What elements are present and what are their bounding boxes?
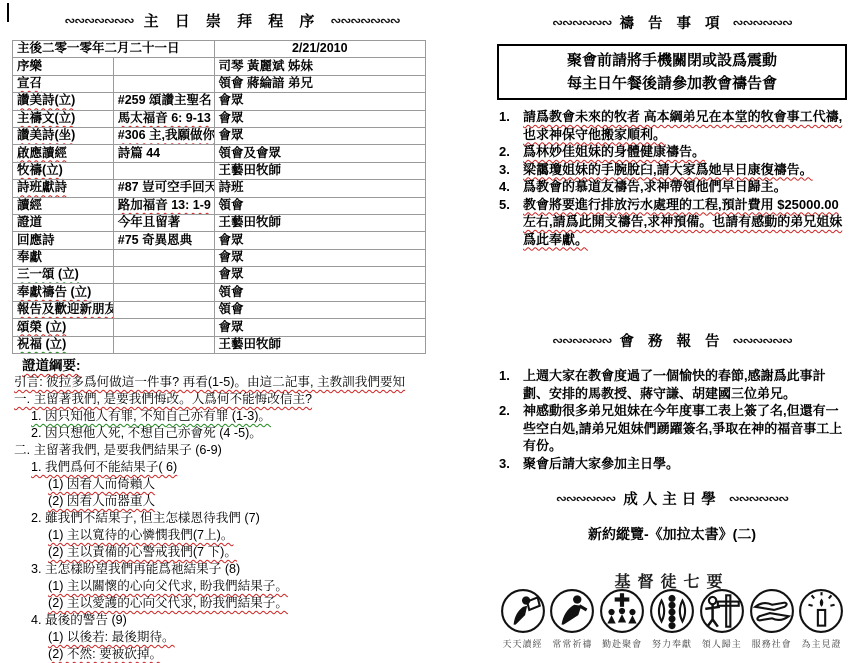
table-row: 頌榮 (立) 會眾 <box>13 319 426 336</box>
sermon-outline-line: 1. 我們爲何不能結果子( 6) <box>14 459 469 476</box>
table-row: 讚美詩(立) #259 頌讚主聖名 會眾 <box>13 93 426 110</box>
report-list-item: 1. 上週大家在教會度過了一個愉快的春節,感謝爲此事計劃、安排的馬教授、蔣守謙、… <box>499 367 847 402</box>
order-item-label: 讀經 <box>17 198 42 212</box>
witness-candle-icon <box>798 588 844 634</box>
order-item-label: 讚美詩(立) <box>17 93 75 107</box>
sermon-outline-line: 一. 主留著我們, 是要我們悔改。人爲何不能悔改信主? <box>14 391 469 408</box>
seven-essential-item: 常常祈禱 <box>549 588 596 650</box>
prayer-list-item: 4. 爲教會的慕道友禱告,求神帶領他們早日歸主。 <box>499 178 847 196</box>
worship-order-section: ∾∾∾∾∾∾∾ 主 日 崇 拜 程 序 ∾∾∾∾∾∾∾ 主後二零一零年二月二十一… <box>12 8 452 354</box>
order-content-cell <box>113 336 214 353</box>
order-item-label: 報告及歡迎新朋友 <box>17 302 113 316</box>
prayer-list-item: 3. 梁靄瓊姐妹的手腕脫臼,請大家爲她早日康復禱告。 <box>499 161 847 179</box>
sermon-outline-line: 3. 主怎樣盼望我們再能爲祂結果子 (8) <box>14 561 469 578</box>
sermon-outline-section: 證道綱要: 引言: 彼拉多爲何做這一件事? 再看(1-5)。由這二記事, 主教訓… <box>14 357 469 663</box>
order-item-cell: 祝福 (立) <box>13 336 114 353</box>
worship-rows: 序樂 司琴 黃麗斌 姊妹 宣召 領會 蔣綸諳 弟兄 讚美詩(立) #259 頌讚… <box>13 58 426 354</box>
prayer-list-item: 2. 爲林妙佳姐妹的身體健康禱告。 <box>499 143 847 161</box>
sermon-outline-text: (2) 不然: 要被砍掉。 <box>48 647 162 661</box>
order-who-cell: 王藝田牧師 <box>214 336 426 353</box>
order-who-cell: 會眾 <box>214 319 426 336</box>
order-content-cell: #75 奇異恩典 <box>113 232 214 249</box>
order-who-label: 領會及會眾 <box>219 146 282 160</box>
order-item-cell: 奉獻禱告 (立) <box>13 284 114 301</box>
church-report-title: ∾∾∾∾∾∾ 會 務 報 告 ∾∾∾∾∾∾ <box>497 330 847 351</box>
lead-to-lord-icon <box>699 588 745 634</box>
table-row-date: 主後二零一零年二月二十一日 2/21/2010 <box>13 41 426 58</box>
prayer-item-text: 梁靄瓊姐妹的手腕脫臼,請大家爲她早日康復禱告。 <box>523 161 847 179</box>
prayer-item-text: 教會將要進行排放污水處理的工程,預計費用 $25000.00 左右,請爲此開支禱… <box>523 196 847 249</box>
order-who-cell: 會眾 <box>214 93 426 110</box>
order-who-cell: 領會及會眾 <box>214 145 426 162</box>
order-item-label: 詩班獻詩 <box>17 180 67 194</box>
order-who-label: 會眾 <box>219 267 244 281</box>
order-who-cell: 會眾 <box>214 249 426 266</box>
scroll-ornament-icon: ∾∾∾∾∾∾ <box>733 15 792 31</box>
order-who-label: 會眾 <box>219 250 244 264</box>
order-item-cell: 讚美詩(坐) <box>13 127 114 144</box>
order-who-label: 領會 <box>219 302 244 316</box>
sermon-outline-line: 4. 最後的警告 (9) <box>14 612 469 629</box>
order-item-cell: 主禱文(立) <box>13 110 114 127</box>
table-row: 三一頌 (立) 會眾 <box>13 267 426 284</box>
prayer-item-number: 4. <box>499 178 523 196</box>
order-who-label: 會眾 <box>219 128 244 142</box>
seven-essential-item: 勤赴聚會 <box>599 588 646 650</box>
order-item-label: 回應詩 <box>17 233 55 247</box>
order-content-cell <box>113 58 214 75</box>
order-content-label: #259 頌讚主聖名 <box>118 93 212 107</box>
order-who-cell: 領會 <box>214 197 426 214</box>
prayer-item-number: 2. <box>499 143 523 161</box>
order-who-label: 領會 <box>219 198 244 212</box>
sermon-outline-text: (2) 因看人而器重人 <box>48 494 155 508</box>
scroll-ornament-icon: ∾∾∾∾∾∾ <box>552 15 611 31</box>
sermon-outline-line: (2) 因看人而器重人 <box>14 493 469 510</box>
sermon-outline-line: (2) 主以愛護的心向父代求, 盼我們結果子。 <box>14 595 469 612</box>
report-item-text: 聚會后請大家參加主日學。 <box>523 455 847 473</box>
sermon-outline-line: (1) 主以寬待的心憐憫我們(7上)。 <box>14 527 469 544</box>
service-date-cn: 主後二零一零年二月二十一日 <box>13 41 215 58</box>
table-row: 主禱文(立) 馬太福音 6: 9-13 會眾 <box>13 110 426 127</box>
sermon-outline-text: (1) 以後若: 最後期待。 <box>48 630 175 644</box>
table-row: 牧禱(立) 王藝田牧師 <box>13 162 426 179</box>
essential-label: 天天讀經 <box>502 637 542 650</box>
order-content-cell <box>113 249 214 266</box>
church-report-title-text: 會 務 報 告 <box>619 330 724 351</box>
order-who-label: 會眾 <box>219 93 244 107</box>
assembly-icon <box>599 588 645 634</box>
sermon-outline-text: 4. 最後的警告 (9) <box>31 613 127 627</box>
prayer-item-number: 1. <box>499 108 523 143</box>
order-item-label: 三一頌 (立) <box>17 267 79 281</box>
order-who-label: 會眾 <box>219 233 244 247</box>
read-bible-icon <box>500 588 546 634</box>
order-item-label: 牧禱(立) <box>17 163 63 177</box>
sermon-outline-line: (1) 以後若: 最後期待。 <box>14 629 469 646</box>
table-row: 讚美詩(坐) #306 主,我願做你信徒 會眾 <box>13 127 426 144</box>
order-item-cell: 證道 <box>13 214 114 231</box>
sermon-outline-heading: 證道綱要: <box>14 357 469 374</box>
order-item-cell: 報告及歡迎新朋友 <box>13 301 114 318</box>
sermon-outline-text: 二. 主留著我們, 是要我們結果子 (6-9) <box>14 443 222 457</box>
order-content-label: 詩篇 44 <box>118 146 160 160</box>
order-item-cell: 牧禱(立) <box>13 162 114 179</box>
essential-label: 常常祈禱 <box>552 637 592 650</box>
order-who-label: 領會 蔣綸諳 弟兄 <box>219 76 313 90</box>
table-row: 回應詩 #75 奇異恩典 會眾 <box>13 232 426 249</box>
essential-label: 努力奉獻 <box>652 637 692 650</box>
order-item-label: 奉獻禱告 (立) <box>17 285 91 299</box>
prayer-list-item: 1. 請爲教會未來的牧者 高本綱弟兄在本堂的牧會事工代禱, 也求神保守他搬家順利… <box>499 108 847 143</box>
scroll-ornament-icon: ∾∾∾∾∾∾ <box>729 491 788 507</box>
sermon-outline-text: 1. 因只知他人有罪, 不知自己亦有罪 (1-3)。 <box>31 409 271 423</box>
sermon-outline-line: (1) 因看人而倚賴人 <box>14 476 469 493</box>
seven-essential-item: 領人歸主 <box>698 588 745 650</box>
essential-label: 領人歸主 <box>702 637 742 650</box>
order-item-label: 序樂 <box>17 59 42 73</box>
prayer-item-number: 5. <box>499 196 523 249</box>
scroll-ornament-icon: ∾∾∾∾∾∾ <box>733 333 792 349</box>
order-item-label: 祝福 (立) <box>17 337 66 351</box>
order-who-label: 王藝田牧師 <box>219 215 282 229</box>
seven-essential-item: 服務社會 <box>748 588 795 650</box>
report-list-item: 3. 聚會后請大家參加主日學。 <box>499 455 847 473</box>
sermon-outline-text: 引言: 彼拉多爲何做這一件事? 再看(1-5)。由這二記事, 主教訓我們要知 <box>14 375 405 389</box>
order-item-label: 啟應讀經 <box>17 146 67 160</box>
sermon-outline-text: 2. 因只想他人死, 不想自己亦會死 (4 -5)。 <box>31 426 262 440</box>
order-who-label: 王藝田牧師 <box>219 163 282 177</box>
sermon-outline-text: 1. 我們爲何不能結果子( 6) <box>31 460 177 474</box>
serve-society-icon <box>749 588 795 634</box>
scroll-ornament-icon: ∾∾∾∾∾∾ <box>556 491 615 507</box>
order-content-cell: 馬太福音 6: 9-13 <box>113 110 214 127</box>
order-content-label: #75 奇異恩典 <box>118 233 192 247</box>
sermon-outline-text: (2) 主以愛護的心向父代求, 盼我們結果子。 <box>48 596 288 610</box>
order-content-cell <box>113 267 214 284</box>
worship-order-table: 主後二零一零年二月二十一日 2/21/2010 序樂 司琴 黃麗斌 姊妹 宣召 <box>12 40 426 354</box>
prayer-item-number: 3. <box>499 161 523 179</box>
order-content-label: 馬太福音 6: 9-13 <box>118 111 211 125</box>
essential-label: 服務社會 <box>752 637 792 650</box>
order-who-cell: 詩班 <box>214 180 426 197</box>
sermon-outline-line: 1. 因只知他人有罪, 不知自己亦有罪 (1-3)。 <box>14 408 469 425</box>
report-item-number: 2. <box>499 402 523 455</box>
service-date-en: 2/21/2010 <box>214 41 426 58</box>
table-row: 啟應讀經 詩篇 44 領會及會眾 <box>13 145 426 162</box>
order-content-label: 路加福音 13: 1-9 <box>118 198 211 212</box>
order-who-label: 會眾 <box>219 320 244 334</box>
prayer-item-text: 爲林妙佳姐妹的身體健康禱告。 <box>523 143 847 161</box>
table-row: 奉獻 會眾 <box>13 249 426 266</box>
order-content-cell: #259 頌讚主聖名 <box>113 93 214 110</box>
order-content-cell <box>113 319 214 336</box>
sermon-outline-text: 2. 雖我們不結果子, 但主怎樣恩待我們 (7) <box>31 511 260 525</box>
order-item-cell: 三一頌 (立) <box>13 267 114 284</box>
sunday-school-title-text: 成人主日學 <box>623 488 721 509</box>
order-content-label: #306 主,我願做你信徒 <box>118 128 214 142</box>
table-row: 證道 今年且留著 王藝田牧師 <box>13 214 426 231</box>
order-who-cell: 領會 <box>214 284 426 301</box>
essential-label: 為主見證 <box>801 637 841 650</box>
table-row: 詩班獻詩 #87 豈可空手回天府? 詩班 <box>13 180 426 197</box>
order-content-cell <box>113 301 214 318</box>
order-item-cell: 序樂 <box>13 58 114 75</box>
sermon-outline-text: 一. 主留著我們, 是要我們悔改。人爲何不能悔改信主? <box>14 392 312 406</box>
order-item-label: 奉獻 <box>17 250 42 264</box>
scroll-ornament-icon: ∾∾∾∾∾∾∾ <box>330 13 399 29</box>
order-who-cell: 會眾 <box>214 267 426 284</box>
essential-label: 勤赴聚會 <box>602 637 642 650</box>
sermon-outline-line: 二. 主留著我們, 是要我們結果子 (6-9) <box>14 442 469 459</box>
order-item-cell: 啟應讀經 <box>13 145 114 162</box>
seven-essential-item: 努力奉獻 <box>648 588 695 650</box>
order-who-label: 王藝田牧師 <box>219 337 282 351</box>
pray-icon <box>549 588 595 634</box>
order-content-label: 今年且留著 <box>118 215 181 229</box>
order-who-cell: 會眾 <box>214 110 426 127</box>
seven-essential-item: 天天讀經 <box>499 588 546 650</box>
report-item-number: 1. <box>499 367 523 402</box>
order-content-cell: #306 主,我願做你信徒 <box>113 127 214 144</box>
sermon-outline-text: (1) 主以關懷的心向父代求, 盼我們結果子。 <box>48 579 288 593</box>
order-content-cell <box>113 284 214 301</box>
order-item-label: 頌榮 (立) <box>17 320 66 334</box>
order-content-cell: 今年且留著 <box>113 214 214 231</box>
order-item-cell: 讀經 <box>13 197 114 214</box>
worship-order-title-text: 主 日 崇 拜 程 序 <box>144 10 321 31</box>
order-content-label: #87 豈可空手回天府? <box>118 180 214 194</box>
order-item-cell: 宣召 <box>13 75 114 92</box>
order-content-cell: #87 豈可空手回天府? <box>113 180 214 197</box>
order-who-cell: 會眾 <box>214 232 426 249</box>
order-content-cell: 詩篇 44 <box>113 145 214 162</box>
sermon-outline-text: (1) 主以寬待的心憐憫我們(7上)。 <box>48 528 233 542</box>
table-row: 祝福 (立) 王藝田牧師 <box>13 336 426 353</box>
table-row: 報告及歡迎新朋友 領會 <box>13 301 426 318</box>
order-who-label: 會眾 <box>219 111 244 125</box>
sermon-outline-line: (2) 主以責備的心警戒我們(7 下)。 <box>14 544 469 561</box>
seven-essentials-row: 天天讀經 常常祈禱 勤赴聚會 努力奉獻 <box>497 588 847 650</box>
bulletin-page: ∾∾∾∾∾∾∾ 主 日 崇 拜 程 序 ∾∾∾∾∾∾∾ 主後二零一零年二月二十一… <box>0 0 849 663</box>
order-who-cell: 領會 蔣綸諳 弟兄 <box>214 75 426 92</box>
prayer-items-title-text: 禱 告 事 項 <box>619 12 724 33</box>
order-who-cell: 會眾 <box>214 127 426 144</box>
sermon-outline-lines: 引言: 彼拉多爲何做這一件事? 再看(1-5)。由這二記事, 主教訓我們要知 一… <box>14 374 469 663</box>
scroll-ornament-icon: ∾∾∾∾∾∾∾ <box>64 13 133 29</box>
order-item-cell: 詩班獻詩 <box>13 180 114 197</box>
table-row: 讀經 路加福音 13: 1-9 領會 <box>13 197 426 214</box>
order-item-label: 宣召 <box>17 76 42 90</box>
worship-order-title: ∾∾∾∾∾∾∾ 主 日 崇 拜 程 序 ∾∾∾∾∾∾∾ <box>12 10 452 31</box>
table-row: 宣召 領會 蔣綸諳 弟兄 <box>13 75 426 92</box>
order-item-cell: 奉獻 <box>13 249 114 266</box>
order-who-cell: 領會 <box>214 301 426 318</box>
notice-line-1: 聚會前請將手機關閉或設爲震動 <box>499 49 845 72</box>
sermon-outline-line: (2) 不然: 要被砍掉。 <box>14 646 469 663</box>
order-content-cell <box>113 75 214 92</box>
order-item-label: 讚美詩(坐) <box>17 128 75 142</box>
church-report-list: 1. 上週大家在教會度過了一個愉快的春節,感謝爲此事計劃、安排的馬教授、蔣守謙、… <box>499 367 847 472</box>
table-row: 奉獻禱告 (立) 領會 <box>13 284 426 301</box>
order-who-label: 司琴 黃麗斌 姊妹 <box>219 59 313 73</box>
order-content-cell: 路加福音 13: 1-9 <box>113 197 214 214</box>
sermon-outline-text: (2) 主以責備的心警戒我們(7 下)。 <box>48 545 237 559</box>
order-item-cell: 回應詩 <box>13 232 114 249</box>
order-item-cell: 讚美詩(立) <box>13 93 114 110</box>
order-item-label: 證道 <box>17 215 42 229</box>
order-item-label: 主禱文(立) <box>17 111 75 125</box>
order-who-cell: 王藝田牧師 <box>214 162 426 179</box>
prayer-items-list: 1. 請爲教會未來的牧者 高本綱弟兄在本堂的牧會事工代禱, 也求神保守他搬家順利… <box>499 108 847 248</box>
scroll-ornament-icon: ∾∾∾∾∾∾ <box>552 333 611 349</box>
sunday-school-topic: 新約縱覽-《加拉太書》(二) <box>497 524 847 544</box>
order-item-cell: 頌榮 (立) <box>13 319 114 336</box>
prayer-item-text: 請爲教會未來的牧者 高本綱弟兄在本堂的牧會事工代禱, 也求神保守他搬家順利。 <box>523 108 847 143</box>
report-list-item: 2. 神感動很多弟兄姐妹在今年度事工表上簽了名,但還有一些空白処,請弟兄姐妹們踴… <box>499 402 847 455</box>
sermon-outline-text: 3. 主怎樣盼望我們再能爲祂結果子 (8) <box>31 562 240 576</box>
prayer-list-item: 5. 教會將要進行排放污水處理的工程,預計費用 $25000.00 左右,請爲此… <box>499 196 847 249</box>
sermon-outline-line: (1) 主以關懷的心向父代求, 盼我們結果子。 <box>14 578 469 595</box>
report-item-number: 3. <box>499 455 523 473</box>
sermon-outline-line: 2. 因只想他人死, 不想自己亦會死 (4 -5)。 <box>14 425 469 442</box>
sermon-outline-line: 2. 雖我們不結果子, 但主怎樣恩待我們 (7) <box>14 510 469 527</box>
report-item-text: 神感動很多弟兄姐妹在今年度事工表上簽了名,但還有一些空白処,請弟兄姐妹們踴躍簽名… <box>523 402 847 455</box>
table-row: 序樂 司琴 黃麗斌 姊妹 <box>13 58 426 75</box>
report-item-text: 上週大家在教會度過了一個愉快的春節,感謝爲此事計劃、安排的馬教授、蔣守謙、胡建國… <box>523 367 847 402</box>
order-who-cell: 司琴 黃麗斌 姊妹 <box>214 58 426 75</box>
order-who-label: 領會 <box>219 285 244 299</box>
order-content-cell <box>113 162 214 179</box>
sermon-outline-text: (1) 因看人而倚賴人 <box>48 477 155 491</box>
offering-icon <box>649 588 695 634</box>
prayer-item-text: 爲教會的慕道友禱告,求神帶領他們早日歸主。 <box>523 178 847 196</box>
notice-line-2: 每主日午餐後請參加教會禱告會 <box>499 72 845 95</box>
sunday-school-title: ∾∾∾∾∾∾ 成人主日學 ∾∾∾∾∾∾ <box>497 488 847 509</box>
sermon-outline-line: 引言: 彼拉多爲何做這一件事? 再看(1-5)。由這二記事, 主教訓我們要知 <box>14 374 469 391</box>
text-cursor[interactable] <box>7 3 9 22</box>
order-who-label: 詩班 <box>219 180 244 194</box>
notice-box: 聚會前請將手機關閉或設爲震動 每主日午餐後請參加教會禱告會 <box>497 44 847 100</box>
order-who-cell: 王藝田牧師 <box>214 214 426 231</box>
prayer-items-title: ∾∾∾∾∾∾ 禱 告 事 項 ∾∾∾∾∾∾ <box>497 12 847 33</box>
seven-essential-item: 為主見證 <box>798 588 845 650</box>
